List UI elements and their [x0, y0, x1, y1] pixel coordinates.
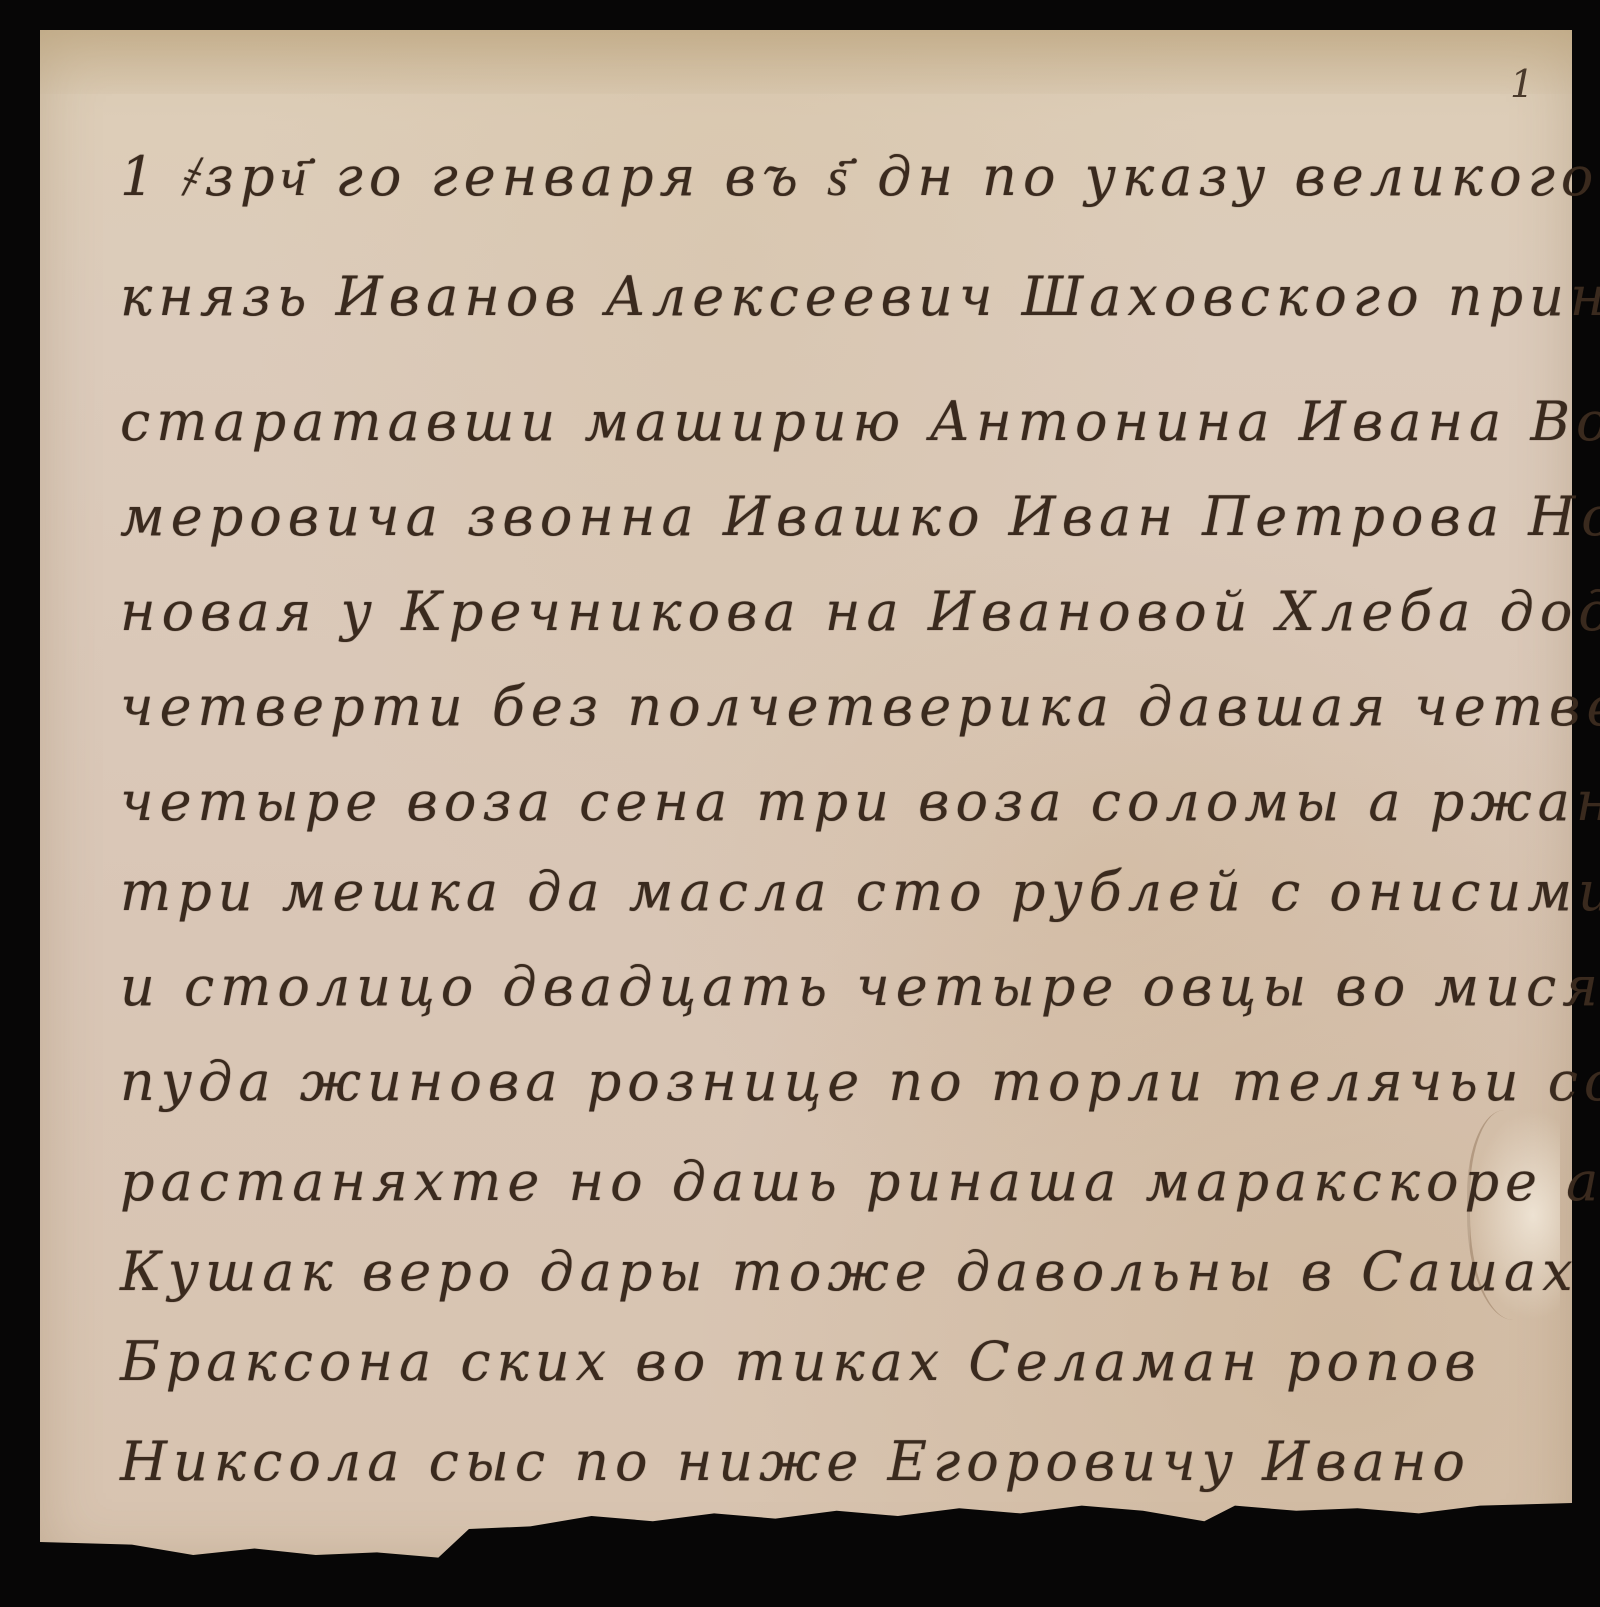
text-line: меровича звонна Ивашко Иван Петрова Ново…: [120, 485, 1600, 548]
text-line: растаняхте но дашь ринаша маракскоре а п…: [120, 1150, 1600, 1213]
text-line: новая у Кречникова на Ивановой Хлеба дод…: [120, 580, 1600, 643]
text-line: старатавши маширию Антонина Ивана Водки: [120, 390, 1600, 453]
text-line: 1 ҂зрч҃ го генваря въ ѕ҃ дн по указу вел…: [120, 145, 1600, 208]
text-line: Браксона ских во тиках Селаман ропов: [120, 1330, 1482, 1393]
text-line: четыре воза сена три воза соломы а ржано: [120, 770, 1600, 833]
text-line: пуда жинова рознице по торли телячьи сол…: [120, 1050, 1600, 1113]
text-line: четверти без полчетверика давшая четверт…: [120, 675, 1600, 738]
text-line: Кушак веро дары тоже давольны в Сашах: [120, 1240, 1579, 1303]
text-line: и столицо двадцать четыре овцы во мисяри…: [120, 955, 1600, 1018]
text-line: князь Иванов Алексеевич Шаховского приня…: [120, 265, 1600, 328]
folio-number: 1: [1510, 62, 1534, 106]
text-line: Никсола сыс по ниже Егоровичу Ивано: [120, 1430, 1471, 1493]
text-line: три мешка да масла сто рублей с онисими: [120, 860, 1600, 923]
